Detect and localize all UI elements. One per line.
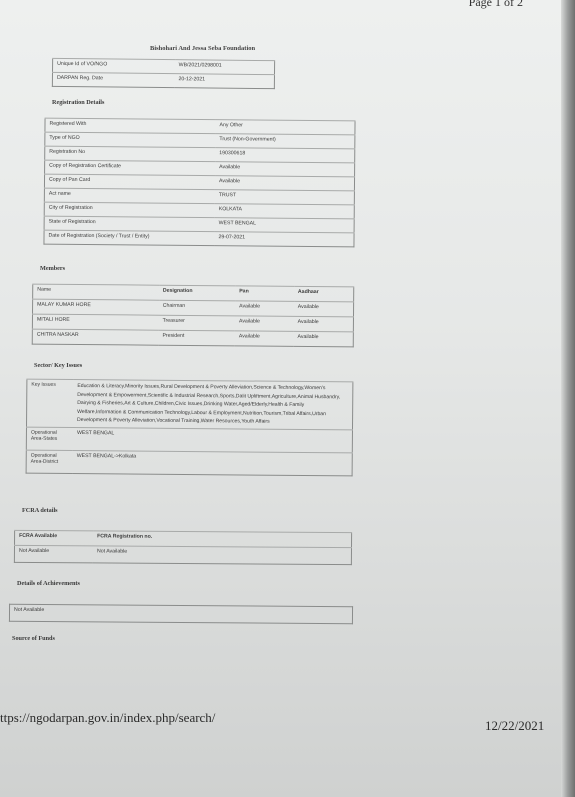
sector-table: Key Issues Education & Literacy,Minority… (26, 379, 354, 477)
key-issues-label: Key Issues (26, 379, 73, 427)
column-header: Name (33, 284, 159, 300)
registration-table: Registered WithAny Other Type of NGOTrus… (43, 118, 355, 248)
page-number: Page 1 of 2 (469, 0, 523, 10)
table-row: Not Available Not Available (14, 545, 351, 564)
funds-heading: Source of Funds (12, 635, 55, 642)
member-aadhaar: Available (293, 331, 353, 347)
footer-date: 12/22/2021 (485, 718, 544, 734)
sector-heading: Sector/ Key Issues (34, 362, 82, 369)
row-label: Registered With (45, 118, 216, 133)
id-value: WB/2021/0298001 (175, 60, 275, 75)
row-value: Available (215, 162, 355, 177)
member-pan: Available (235, 331, 294, 347)
member-designation: Chairman (159, 300, 236, 316)
registration-heading: Registration Details (52, 99, 104, 106)
row-value: KOLKATA (215, 204, 355, 219)
row-label: Copy of Registration Certificate (45, 160, 216, 175)
row-label: Registration No (45, 146, 216, 161)
member-name: MALAY KUMAR HORE (33, 299, 159, 315)
row-label: City of Registration (44, 202, 215, 217)
members-table: Name Designation Pan Aadhaar MALAY KUMAR… (32, 284, 355, 348)
row-label: State of Registration (44, 216, 215, 231)
row-value: Any Other (215, 120, 355, 135)
achievements-table: Not Available (9, 604, 353, 624)
member-designation: President (158, 330, 235, 346)
member-pan: Available (235, 301, 294, 317)
row-label: Copy of Pan Card (44, 174, 215, 189)
member-pan: Available (235, 316, 294, 332)
row-label: Type of NGO (45, 132, 216, 147)
table-row: Operational Area-District WEST BENGAL->K… (26, 450, 352, 476)
row-label: Act name (44, 188, 215, 203)
row-value: TRUST (215, 190, 355, 205)
states-value: WEST BENGAL (73, 427, 353, 452)
footer-url: ttps://ngodarpan.gov.in/index.php/search… (0, 710, 215, 726)
fcra-table: FCRA Available FCRA Registration no. Not… (14, 530, 352, 565)
table-row: DARPAN Reg. Date 20-12-2021 (52, 72, 274, 88)
district-value: WEST BENGAL->Kolkata (73, 450, 353, 475)
table-row: Date of Registration (Society / Trust / … (44, 230, 354, 247)
document-title: Bishohari And Jessa Seba Foundation (150, 45, 255, 52)
column-header: Designation (159, 285, 236, 301)
fcra-registration-value: Not Available (93, 546, 352, 565)
column-header: FCRA Registration no. (93, 531, 352, 548)
table-row: Not Available (9, 604, 352, 623)
table-row: CHITRA NASKAR President Available Availa… (32, 329, 353, 347)
page-edge-shadow (561, 0, 575, 797)
row-value: WEST BENGAL (215, 218, 355, 233)
row-value: 190300618 (215, 148, 355, 163)
district-label: Operational Area-District (26, 450, 73, 473)
column-header: Aadhaar (294, 286, 354, 302)
table-row: Key Issues Education & Literacy,Minority… (26, 379, 352, 430)
achievements-value: Not Available (9, 604, 352, 623)
table-row: Operational Area-States WEST BENGAL (26, 427, 352, 453)
members-heading: Members (40, 265, 65, 272)
column-header: FCRA Available (15, 530, 94, 546)
fcra-available-value: Not Available (14, 545, 93, 563)
states-label: Operational Area-States (26, 427, 73, 450)
row-value: Available (215, 176, 355, 191)
fcra-heading: FCRA details (22, 507, 58, 514)
key-issues-value: Education & Literacy,Minority Issues,Rur… (73, 379, 353, 429)
member-name: CHITRA NASKAR (32, 329, 158, 345)
member-aadhaar: Available (294, 301, 354, 317)
member-aadhaar: Available (294, 316, 354, 332)
row-value: Trust (Non-Government) (215, 134, 355, 149)
row-value: 29-07-2021 (214, 232, 354, 247)
member-designation: Treasurer (158, 315, 235, 331)
achievements-heading: Details of Achievements (17, 580, 80, 587)
column-header: Pan (235, 286, 294, 302)
id-label: Unique Id of VO/NGO (53, 58, 175, 73)
member-name: MITALI HORE (32, 314, 158, 330)
date-label: DARPAN Reg. Date (52, 72, 174, 87)
date-value: 20-12-2021 (174, 74, 274, 89)
row-label: Date of Registration (Society / Trust / … (44, 230, 215, 245)
id-table: Unique Id of VO/NGO WB/2021/0298001 DARP… (52, 58, 275, 89)
